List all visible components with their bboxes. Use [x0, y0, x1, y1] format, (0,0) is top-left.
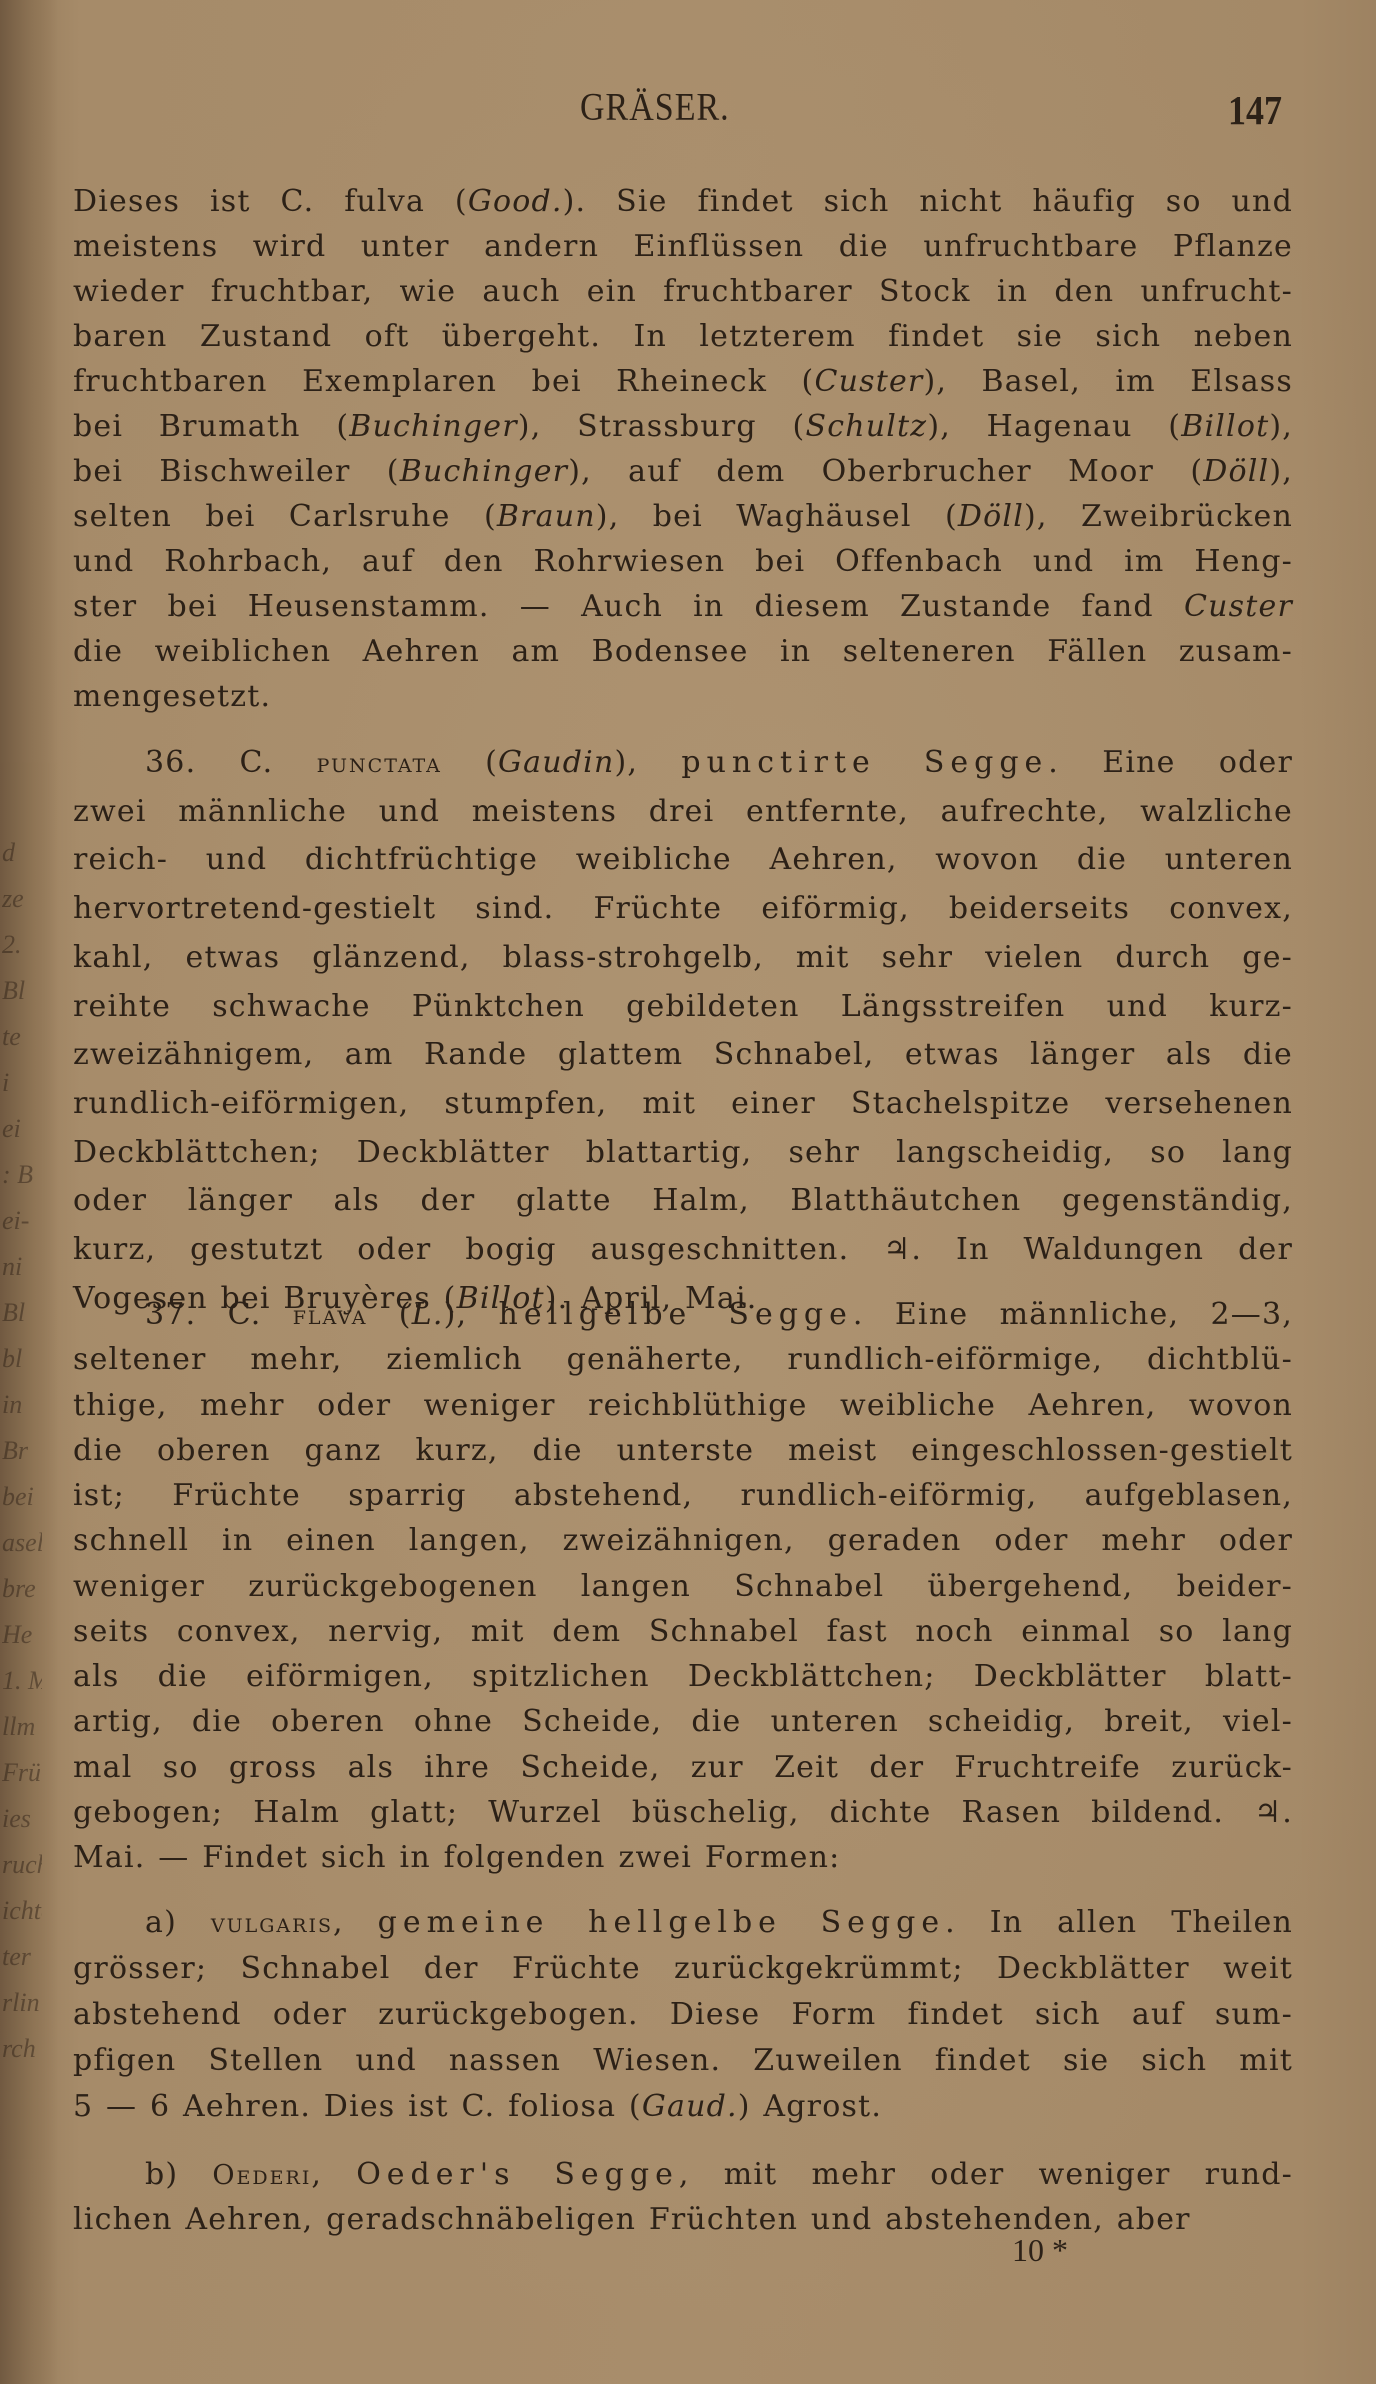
text-run: und Rohrbach, auf den Rohrwiesen bei Off… — [73, 544, 1293, 579]
text-line: 37. C. flava (L.), hellgelbe Segge. Eine… — [145, 1297, 1293, 1333]
italic-citation: Döll — [958, 499, 1024, 534]
text-run: rundlich-eiförmigen, stumpfen, mit einer… — [73, 1086, 1293, 1121]
facing-page-fragment: Frü — [2, 1760, 42, 1786]
text-run: thige, mehr oder weniger reichblüthige w… — [73, 1388, 1293, 1423]
text-line: Deckblättchen; Deckblätter blattartig, s… — [73, 1135, 1293, 1171]
facing-page-fragment: ze — [2, 886, 42, 912]
text-line: ster bei Heusenstamm. — Auch in diesem Z… — [73, 589, 1293, 625]
text-run: ), Basel, im Elsass — [923, 364, 1293, 399]
text-run: Dieses ist C. fulva ( — [73, 184, 468, 219]
text-line: oder länger als der glatte Halm, Blatthä… — [73, 1183, 1293, 1219]
text-run: reihte schwache Pünktchen gebildeten Län… — [73, 989, 1293, 1024]
text-line: zwei männliche und meistens drei entfern… — [73, 794, 1293, 830]
text-line: Mai. — Findet sich in folgenden zwei For… — [73, 1840, 1293, 1876]
facing-page-fragment: ei — [2, 1116, 42, 1142]
text-line: wieder fruchtbar, wie auch ein fruchtbar… — [73, 274, 1293, 310]
facing-page-fragment: d — [2, 840, 42, 866]
text-run: grösser; Schnabel der Früchte zurückgekr… — [73, 1951, 1293, 1986]
page-number: 147 — [1228, 86, 1282, 134]
text-line: 5 — 6 Aehren. Dies ist C. foliosa (Gaud.… — [73, 2089, 1293, 2125]
facing-page-edge: dze2.Blteiei: Bei-niBlblinBrbeiaselbreHe… — [0, 0, 58, 2384]
text-run: ) Agrost. — [738, 2089, 882, 2124]
text-line: die weiblichen Aehren am Bodensee in sel… — [73, 634, 1293, 670]
text-run: mal so gross als ihre Scheide, zur Zeit … — [73, 1750, 1293, 1785]
text-run: meistens wird unter andern Einflüssen di… — [73, 229, 1293, 264]
text-line: mengesetzt. — [73, 679, 1293, 715]
text-run: reich- und dichtfrüchtige weibliche Aehr… — [73, 842, 1293, 877]
signature-mark: 10 * — [1012, 2232, 1068, 2269]
text-run: ster bei Heusenstamm. — Auch in diesem Z… — [73, 589, 1184, 624]
text-run: ), — [444, 1297, 499, 1332]
text-line: zweizähnigem, am Rande glattem Schnabel,… — [73, 1037, 1293, 1073]
text-run: ( — [367, 1297, 411, 1332]
common-name: hellgelbe Segge — [499, 1297, 853, 1332]
text-run: ), Zweibrücken — [1024, 499, 1293, 534]
species-name: punctata — [317, 748, 442, 779]
facing-page-fragment: ei- — [2, 1208, 42, 1234]
text-run: ), bei Waghäusel ( — [596, 499, 958, 534]
italic-citation: Good. — [468, 184, 563, 219]
text-line: reihte schwache Pünktchen gebildeten Län… — [73, 989, 1293, 1025]
text-run: 37. C. — [145, 1297, 293, 1332]
facing-page-fragment: bre — [2, 1576, 42, 1602]
species-name: flava — [293, 1300, 368, 1331]
facing-page-fragment: ter — [2, 1944, 42, 1970]
text-run: abstehend oder zurückgebogen. Diese Form… — [73, 1997, 1293, 2032]
text-run: , — [311, 2157, 356, 2192]
text-run: , mit mehr oder weniger rund- — [679, 2157, 1293, 2192]
facing-page-fragment: Br — [2, 1438, 42, 1464]
facing-page-fragment: bl — [2, 1346, 42, 1372]
facing-page-fragment: rch — [2, 2036, 42, 2062]
text-line: die oberen ganz kurz, die unterste meist… — [73, 1433, 1293, 1469]
text-line: lichen Aehren, geradschnäbeligen Früchte… — [73, 2202, 1293, 2238]
facing-page-fragment: 1. M — [2, 1668, 42, 1694]
text-line: grösser; Schnabel der Früchte zurückgekr… — [73, 1951, 1293, 1987]
common-name: punctirte Segge — [681, 745, 1048, 780]
text-run: , — [333, 1905, 378, 1940]
facing-page-fragment: Bl — [2, 1300, 42, 1326]
text-run: ), — [615, 745, 682, 780]
text-line: thige, mehr oder weniger reichblüthige w… — [73, 1388, 1293, 1424]
text-run: die oberen ganz kurz, die unterste meist… — [73, 1433, 1293, 1468]
species-name: Oederi — [212, 2160, 311, 2191]
species-name: vulgaris — [211, 1908, 333, 1939]
text-run: mengesetzt. — [73, 679, 271, 714]
text-line: und Rohrbach, auf den Rohrwiesen bei Off… — [73, 544, 1293, 580]
text-line: gebogen; Halm glatt; Wurzel büschelig, d… — [73, 1795, 1293, 1831]
text-run: ), — [1269, 409, 1293, 444]
text-line: seltener mehr, ziemlich genäherte, rundl… — [73, 1342, 1293, 1378]
text-run: pfigen Stellen und nassen Wiesen. Zuweil… — [73, 2043, 1293, 2078]
text-run: Mai. — Findet sich in folgenden zwei For… — [73, 1840, 840, 1875]
text-run: seltener mehr, ziemlich genäherte, rundl… — [73, 1342, 1293, 1377]
italic-citation: Döll — [1203, 454, 1269, 489]
text-run: 5 — 6 Aehren. Dies ist C. foliosa ( — [73, 2089, 642, 2124]
text-run: ), Hagenau ( — [927, 409, 1181, 444]
facing-page-fragment: : B — [2, 1162, 42, 1188]
facing-page-fragment: ruch — [2, 1852, 42, 1878]
text-run: ), Strassburg ( — [518, 409, 806, 444]
text-run: ist; Früchte sparrig abstehend, rundlich… — [73, 1478, 1293, 1513]
text-line: reich- und dichtfrüchtige weibliche Aehr… — [73, 842, 1293, 878]
text-run: seits convex, nervig, mit dem Schnabel f… — [73, 1614, 1293, 1649]
text-line: baren Zustand oft übergeht. In letzterem… — [73, 319, 1293, 355]
text-run: hervortretend-gestielt sind. Früchte eif… — [73, 891, 1293, 926]
text-line: abstehend oder zurückgebogen. Diese Form… — [73, 1997, 1293, 2033]
text-run: ( — [442, 745, 498, 780]
text-run: die weiblichen Aehren am Bodensee in sel… — [73, 634, 1293, 669]
text-line: Dieses ist C. fulva (Good.). Sie findet … — [73, 184, 1293, 220]
text-run: Deckblättchen; Deckblätter blattartig, s… — [73, 1135, 1293, 1170]
text-line: bei Brumath (Buchinger), Strassburg (Sch… — [73, 409, 1293, 445]
facing-page-fragment: ni — [2, 1254, 42, 1280]
running-title: GRÄSER. — [580, 86, 730, 130]
text-run: ), auf dem Oberbrucher Moor ( — [568, 454, 1203, 489]
common-name: gemeine hellgelbe Segge — [378, 1905, 945, 1940]
text-line: weniger zurückgebogenen langen Schnabel … — [73, 1569, 1293, 1605]
facing-page-fragment: te — [2, 1024, 42, 1050]
facing-page-fragment: asel — [2, 1530, 42, 1556]
text-line: rundlich-eiförmigen, stumpfen, mit einer… — [73, 1086, 1293, 1122]
text-run: als die eiförmigen, spitzlichen Deckblät… — [73, 1659, 1293, 1694]
text-line: pfigen Stellen und nassen Wiesen. Zuweil… — [73, 2043, 1293, 2079]
text-run: fruchtbaren Exemplaren bei Rheineck ( — [73, 364, 814, 399]
facing-page-fragment: Bl — [2, 978, 42, 1004]
facing-page-fragment: ichte — [2, 1898, 42, 1924]
text-line: mal so gross als ihre Scheide, zur Zeit … — [73, 1750, 1293, 1786]
facing-page-fragment: rlin — [2, 1990, 42, 2016]
text-run: wieder fruchtbar, wie auch ein fruchtbar… — [73, 274, 1293, 309]
text-line: artig, die oberen ohne Scheide, die unte… — [73, 1704, 1293, 1740]
facing-page-fragment: ies — [2, 1806, 42, 1832]
text-line: schnell in einen langen, zweizähnigen, g… — [73, 1523, 1293, 1559]
text-run: oder länger als der glatte Halm, Blatthä… — [73, 1183, 1293, 1218]
text-run: baren Zustand oft übergeht. In letzterem… — [73, 319, 1293, 354]
italic-citation: Custer — [814, 364, 923, 399]
facing-page-fragment: llm — [2, 1714, 42, 1740]
text-run: artig, die oberen ohne Scheide, die unte… — [73, 1704, 1293, 1739]
text-line: kahl, etwas glänzend, blass-strohgelb, m… — [73, 940, 1293, 976]
facing-page-fragment: in — [2, 1392, 42, 1418]
italic-citation: Gaud. — [642, 2089, 738, 2124]
common-name: Oeder's Segge — [356, 2157, 679, 2192]
text-line: kurz, gestutzt oder bogig ausgeschnitten… — [73, 1232, 1293, 1268]
text-run: . Eine oder — [1048, 745, 1293, 780]
text-line: fruchtbaren Exemplaren bei Rheineck (Cus… — [73, 364, 1293, 400]
text-run: selten bei Carlsruhe ( — [73, 499, 497, 534]
italic-citation: Braun — [497, 499, 596, 534]
text-run: 36. C. — [145, 745, 317, 780]
text-run: bei Bischweiler ( — [73, 454, 400, 489]
text-line: selten bei Carlsruhe (Braun), bei Waghäu… — [73, 499, 1293, 535]
text-run: . In allen Theilen — [945, 1905, 1293, 1940]
text-line: 36. C. punctata (Gaudin), punctirte Segg… — [145, 745, 1293, 781]
text-run: schnell in einen langen, zweizähnigen, g… — [73, 1523, 1293, 1558]
text-run: . Eine männliche, 2—3, — [853, 1297, 1293, 1332]
italic-citation: Schultz — [805, 409, 927, 444]
text-run: bei Brumath ( — [73, 409, 349, 444]
text-line: seits convex, nervig, mit dem Schnabel f… — [73, 1614, 1293, 1650]
text-run: ), — [1269, 454, 1293, 489]
italic-citation: Buchinger — [349, 409, 518, 444]
text-run: gebogen; Halm glatt; Wurzel büschelig, d… — [73, 1795, 1293, 1830]
text-run: kurz, gestutzt oder bogig ausgeschnitten… — [73, 1232, 1293, 1267]
text-run: kahl, etwas glänzend, blass-strohgelb, m… — [73, 940, 1293, 975]
facing-page-fragment: He — [2, 1622, 42, 1648]
italic-citation: Custer — [1184, 589, 1293, 624]
text-line: hervortretend-gestielt sind. Früchte eif… — [73, 891, 1293, 927]
text-line: als die eiförmigen, spitzlichen Deckblät… — [73, 1659, 1293, 1695]
italic-citation: L. — [412, 1297, 444, 1332]
italic-citation: Buchinger — [400, 454, 569, 489]
text-run: b) — [145, 2157, 212, 2192]
text-run: ). Sie findet sich nicht häufig so und — [563, 184, 1293, 219]
text-line: meistens wird unter andern Einflüssen di… — [73, 229, 1293, 265]
facing-page-fragment: i — [2, 1070, 42, 1096]
text-line: b) Oederi, Oeder's Segge, mit mehr oder … — [145, 2157, 1293, 2193]
text-run: zwei männliche und meistens drei entfern… — [73, 794, 1293, 829]
book-page: dze2.Blteiei: Bei-niBlblinBrbeiaselbreHe… — [0, 0, 1376, 2384]
facing-page-fragment: 2. — [2, 932, 42, 958]
italic-citation: Gaudin — [498, 745, 615, 780]
text-line: ist; Früchte sparrig abstehend, rundlich… — [73, 1478, 1293, 1514]
facing-page-fragment: bei — [2, 1484, 42, 1510]
text-line: a) vulgaris, gemeine hellgelbe Segge. In… — [145, 1905, 1293, 1941]
text-run: zweizähnigem, am Rande glattem Schnabel,… — [73, 1037, 1293, 1072]
text-line: bei Bischweiler (Buchinger), auf dem Obe… — [73, 454, 1293, 490]
text-run: a) — [145, 1905, 211, 1940]
text-run: weniger zurückgebogenen langen Schnabel … — [73, 1569, 1293, 1604]
italic-citation: Billot — [1181, 409, 1269, 444]
